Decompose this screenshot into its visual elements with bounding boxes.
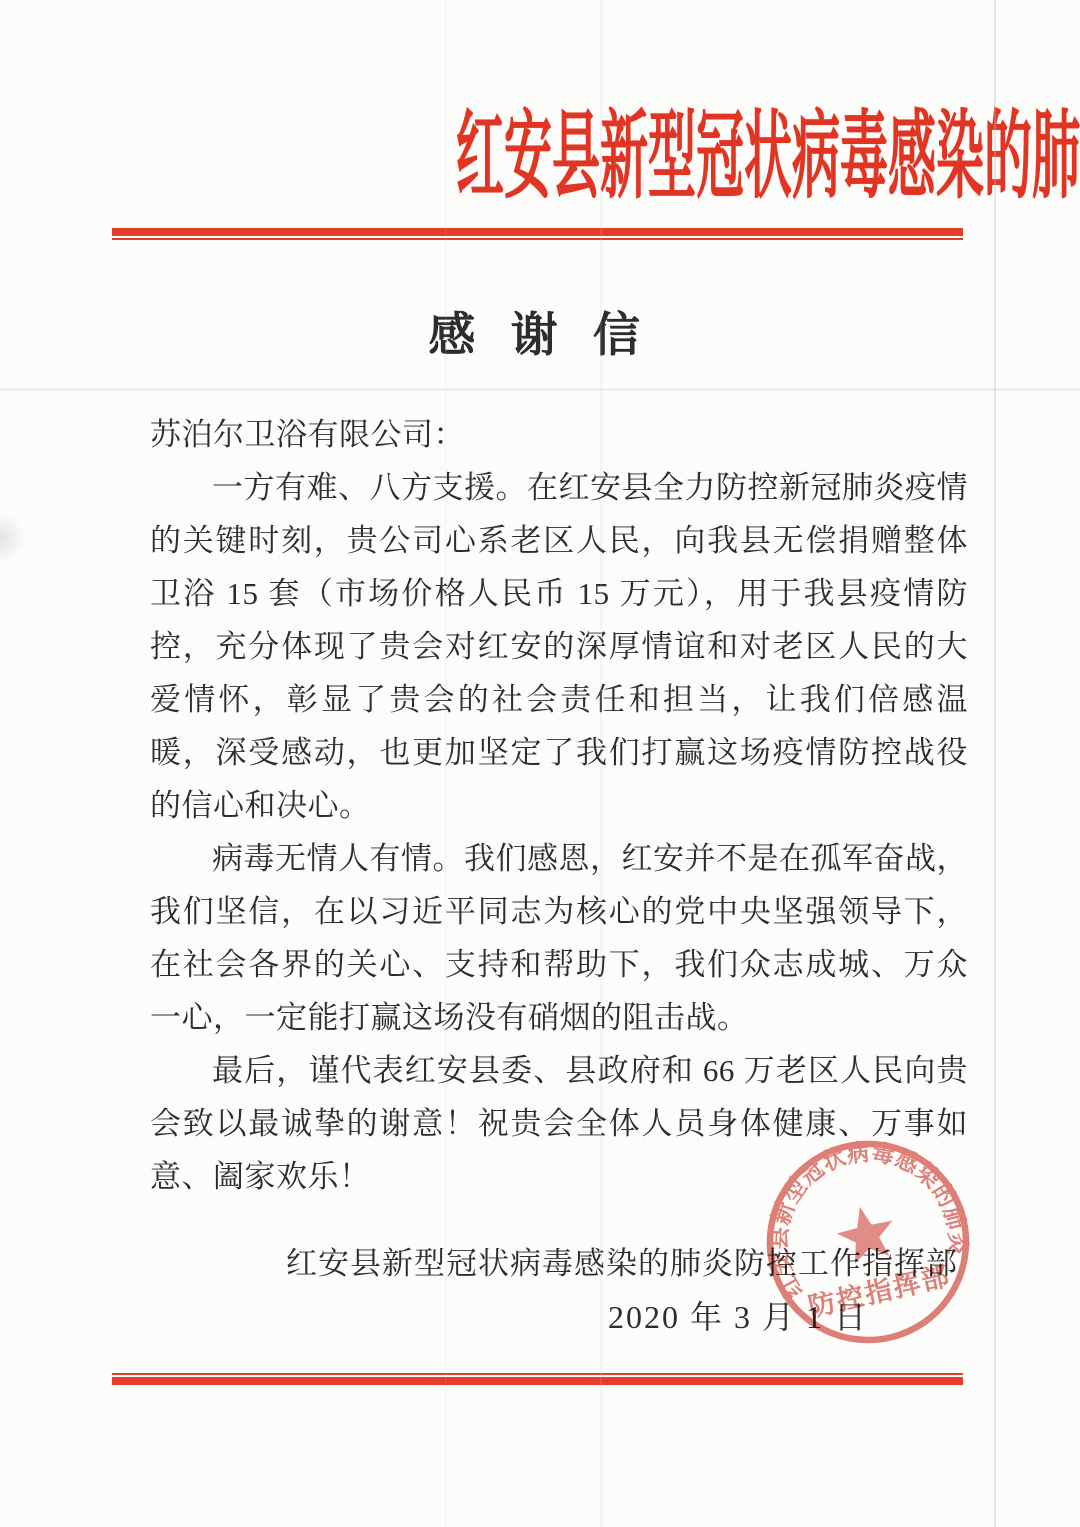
letter-body: 苏泊尔卫浴有限公司： 一方有难、八方支援。在红安县全力防控新冠肺炎疫情的关键时刻…: [150, 408, 968, 1203]
footer-rule-thick-line: [112, 1377, 963, 1385]
header-rule-thin-line: [112, 238, 963, 240]
header-rule-thick-line: [112, 228, 963, 236]
letterhead-title: 红安县新型冠状病毒感染的肺炎防控指挥部: [456, 104, 1080, 210]
paragraph: 一方有难、八方支援。在红安县全力防控新冠肺炎疫情的关键时刻，贵公司心系老区人民，…: [150, 461, 968, 832]
scan-smudge: [0, 512, 26, 564]
letter-title: 感 谢 信: [0, 298, 1080, 365]
paragraph: 最后，谨代表红安县委、县政府和 66 万老区人民向贵会致以最诚挚的谢意！祝贵会全…: [150, 1044, 968, 1203]
header-rule: [112, 228, 963, 240]
letterhead: 红安县新型冠状病毒感染的肺炎防控指挥部: [0, 104, 1080, 210]
scanned-letter-page: 红安县新型冠状病毒感染的肺炎防控指挥部 感 谢 信 苏泊尔卫浴有限公司： 一方有…: [0, 0, 1080, 1527]
paragraph: 病毒无情人有情。我们感恩，红安并不是在孤军奋战，我们坚信，在以习近平同志为核心的…: [150, 832, 968, 1044]
signature-org: 红安县新型冠状病毒感染的肺炎防控工作指挥部: [286, 1238, 958, 1283]
scan-streak: [994, 0, 996, 1527]
fold-crease: [0, 388, 1080, 391]
salutation: 苏泊尔卫浴有限公司：: [150, 408, 968, 461]
footer-rule: [112, 1373, 963, 1385]
signature-date: 2020 年 3 月 1 日: [608, 1292, 868, 1338]
